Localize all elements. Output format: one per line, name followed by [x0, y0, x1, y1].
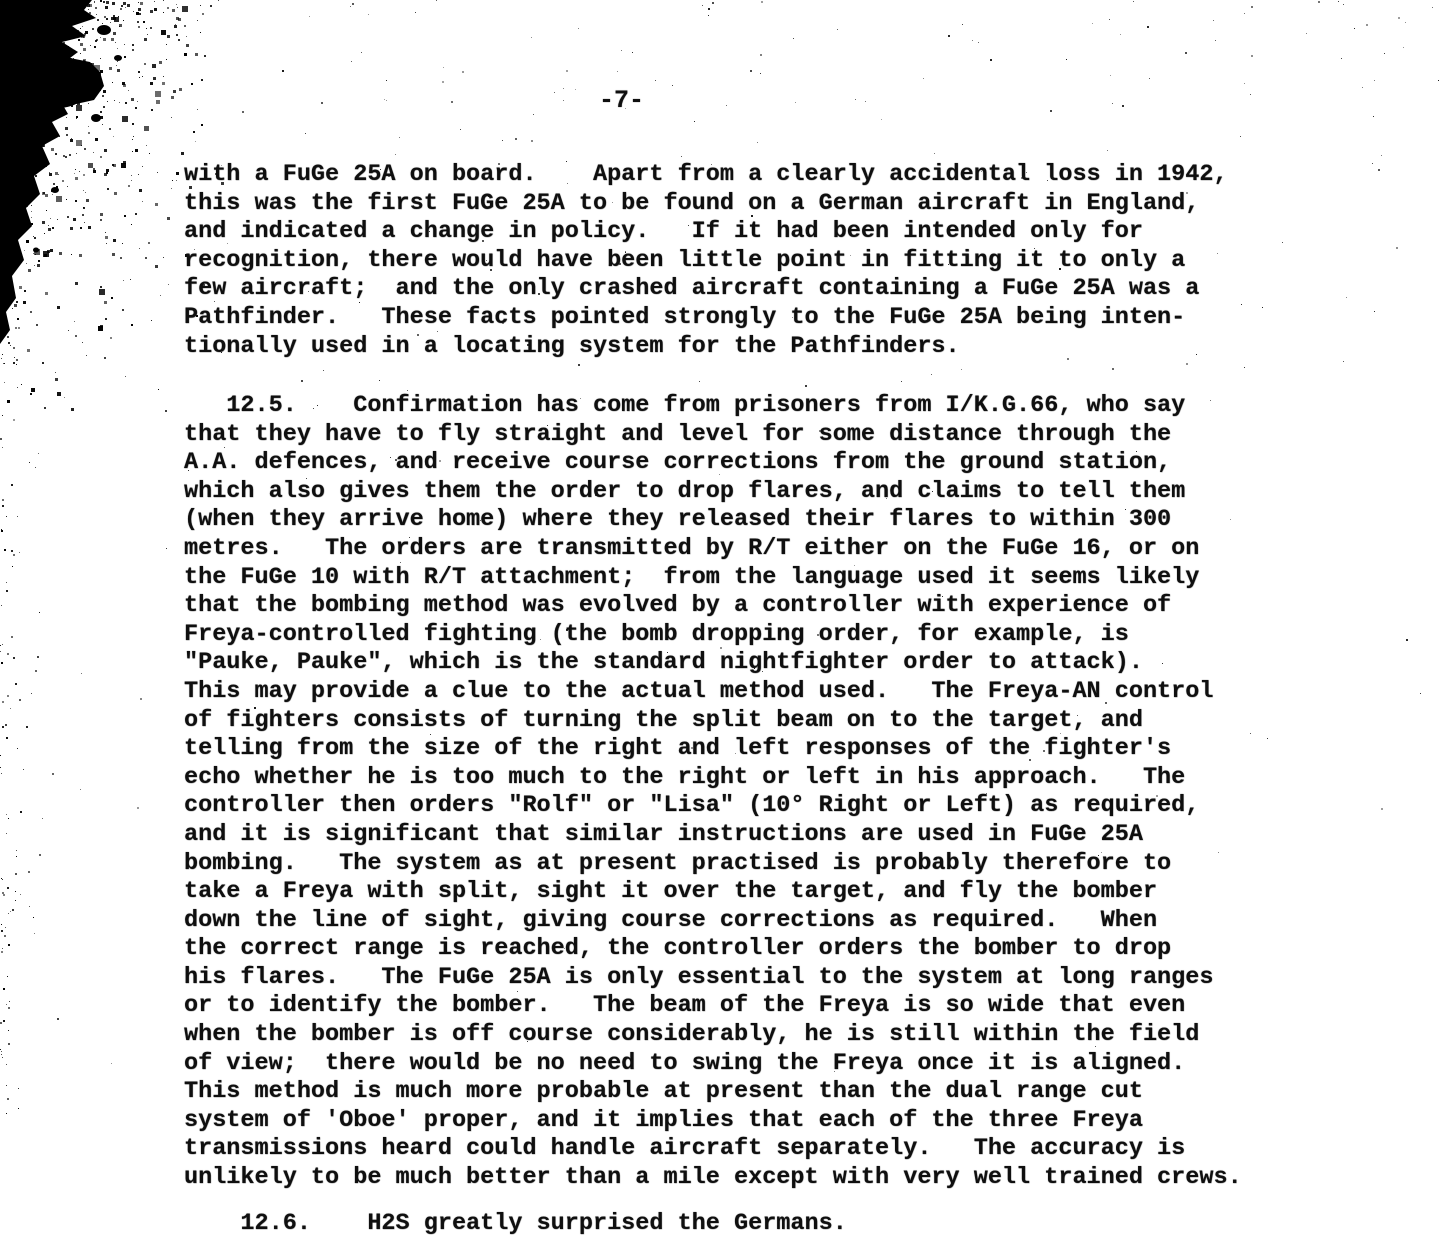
noise-dot	[58, 174, 59, 175]
noise-dot	[63, 104, 64, 105]
noise-dot	[5, 927, 6, 928]
noise-dot	[1, 878, 2, 879]
noise-dot	[83, 86, 84, 87]
noise-dot	[6, 44, 12, 50]
noise-dot	[123, 20, 124, 21]
noise-dot	[7, 976, 8, 977]
noise-dot	[150, 10, 153, 13]
noise-dot	[37, 137, 38, 138]
noise-dot	[533, 114, 534, 115]
noise-dot	[106, 169, 109, 172]
paragraph-section-12-5: 12.5. Confirmation has come from prisone…	[184, 392, 1242, 1193]
noise-dot	[85, 81, 88, 84]
noise-dot	[22, 173, 26, 177]
noise-dot	[2, 80, 4, 82]
noise-dot	[123, 280, 124, 281]
noise-dot	[1343, 4, 1344, 5]
noise-dot	[114, 17, 119, 22]
noise-dot	[2, 65, 7, 70]
noise-dot	[184, 53, 187, 56]
noise-dot	[31, 69, 32, 70]
noise-dot	[120, 8, 122, 10]
noise-dot	[144, 126, 149, 131]
noise-dot	[45, 5, 48, 8]
noise-dot	[40, 120, 42, 122]
noise-dot	[122, 116, 128, 122]
noise-dot	[43, 192, 45, 194]
noise-dot	[56, 186, 58, 188]
noise-dot	[94, 95, 96, 97]
noise-dot	[27, 349, 30, 352]
noise-dot	[140, 2, 143, 5]
noise-dot	[10, 22, 15, 27]
noise-dot	[5, 14, 9, 18]
noise-dot	[84, 148, 86, 150]
noise-dot	[7, 200, 8, 201]
noise-dot	[29, 19, 34, 24]
noise-dot	[22, 120, 25, 123]
noise-dot	[575, 89, 576, 90]
noise-dot	[1, 924, 2, 925]
noise-dot	[63, 42, 65, 44]
noise-dot	[0, 438, 2, 440]
noise-dot	[34, 1, 40, 7]
noise-dot	[19, 3, 22, 6]
noise-dot	[3, 7, 5, 9]
noise-dot	[1374, 80, 1375, 81]
noise-dot	[10, 708, 11, 709]
noise-dot	[50, 48, 53, 51]
noise-dot	[0, 767, 1, 768]
noise-dot	[106, 243, 107, 244]
noise-dot	[13, 246, 15, 248]
noise-dot	[7, 107, 10, 110]
noise-dot	[14, 19, 17, 22]
noise-dot	[948, 35, 950, 37]
noise-dot	[23, 19, 25, 21]
noise-dot	[24, 250, 25, 251]
noise-dot	[436, 0, 437, 1]
noise-dot	[69, 96, 70, 97]
noise-dot	[18, 1088, 19, 1089]
noise-dot	[48, 62, 49, 63]
noise-dot	[91, 63, 94, 66]
noise-dot	[25, 150, 28, 153]
noise-dot	[15, 77, 21, 83]
noise-dot	[11, 138, 13, 140]
noise-dot	[17, 318, 19, 320]
noise-dot	[24, 49, 25, 50]
noise-dot	[1374, 311, 1375, 312]
noise-dot	[124, 167, 125, 168]
noise-dot	[2, 248, 4, 250]
noise-dot	[17, 26, 19, 28]
noise-dot	[186, 36, 187, 37]
noise-dot	[24, 290, 26, 292]
noise-dot	[361, 52, 362, 53]
noise-dot	[55, 372, 56, 373]
noise-dot	[6, 1113, 7, 1114]
noise-dot	[163, 0, 164, 1]
noise-dot	[531, 37, 532, 38]
noise-dot	[60, 21, 62, 23]
noise-dot	[837, 29, 838, 30]
noise-dot	[1112, 103, 1113, 104]
noise-dot	[5, 4, 8, 7]
noise-dot	[70, 139, 73, 142]
noise-dot	[3, 363, 4, 364]
noise-dot	[95, 40, 97, 42]
noise-dot	[82, 342, 83, 343]
noise-dot	[55, 153, 57, 155]
noise-dot	[56, 9, 58, 11]
noise-dot	[182, 6, 188, 12]
noise-dot	[124, 44, 125, 45]
noise-dot	[50, 26, 52, 28]
noise-dot	[70, 66, 73, 69]
noise-dot	[12, 7, 15, 10]
noise-dot	[150, 27, 152, 29]
noise-dot	[161, 30, 166, 35]
noise-dot	[103, 38, 106, 41]
noise-dot	[103, 90, 106, 93]
noise-dot	[87, 4, 90, 7]
noise-dot	[2, 879, 3, 880]
noise-dot	[36, 99, 39, 102]
noise-dot	[18, 49, 21, 52]
noise-dot	[46, 125, 47, 126]
noise-dot	[71, 254, 72, 255]
noise-dot	[82, 214, 84, 216]
noise-dot	[8, 818, 9, 819]
noise-dot	[105, 6, 108, 9]
noise-dot	[104, 357, 106, 359]
noise-dot	[132, 44, 134, 46]
noise-dot	[34, 933, 35, 934]
noise-dot	[123, 2, 126, 5]
noise-dot	[100, 286, 102, 288]
noise-dot	[150, 82, 153, 85]
noise-dot	[65, 156, 67, 158]
noise-dot	[1133, 1, 1134, 2]
noise-dot	[43, 28, 45, 30]
noise-dot	[1240, 136, 1241, 137]
noise-dot	[36, 46, 39, 49]
noise-dot	[22, 163, 23, 164]
noise-dot	[162, 82, 165, 85]
noise-dot	[100, 37, 101, 38]
noise-dot	[2, 100, 5, 103]
noise-dot	[1420, 693, 1421, 694]
noise-dot	[32, 51, 33, 52]
noise-dot	[386, 100, 387, 101]
noise-dot	[139, 13, 141, 15]
noise-dot	[144, 38, 147, 41]
noise-dot	[19, 63, 22, 66]
noise-dot	[9, 51, 12, 54]
noise-dot	[21, 91, 24, 94]
noise-dot	[45, 1, 46, 2]
noise-dot	[165, 410, 167, 412]
noise-dot	[708, 15, 709, 16]
noise-dot	[30, 393, 32, 395]
noise-dot	[3, 109, 9, 115]
noise-dot	[83, 174, 85, 176]
noise-dot	[1282, 242, 1283, 243]
noise-dot	[62, 74, 63, 75]
noise-dot	[37, 264, 40, 267]
noise-dot	[24, 105, 25, 106]
noise-dot	[0, 70, 1, 71]
noise-dot	[531, 140, 533, 142]
noise-dot	[41, 119, 44, 122]
noise-dot	[7, 21, 9, 23]
noise-dot	[5, 724, 7, 726]
noise-dot	[8, 65, 10, 67]
noise-dot	[46, 210, 47, 211]
noise-dot	[87, 93, 88, 94]
noise-dot	[124, 215, 126, 217]
noise-dot	[24, 115, 26, 117]
noise-dot	[0, 199, 1, 200]
noise-dot	[58, 18, 61, 21]
noise-dot	[69, 75, 72, 78]
noise-dot	[14, 304, 17, 307]
noise-dot	[44, 94, 46, 96]
noise-dot	[201, 79, 203, 81]
noise-dot	[22, 105, 23, 106]
noise-dot	[12, 196, 13, 197]
noise-dot	[29, 462, 30, 463]
noise-dot	[80, 227, 82, 229]
noise-dot	[305, 133, 306, 134]
noise-dot	[137, 101, 138, 102]
noise-dot	[10, 140, 11, 141]
noise-dot	[1109, 19, 1110, 20]
noise-dot	[132, 151, 133, 152]
noise-dot	[2, 130, 3, 131]
noise-dot	[100, 156, 102, 158]
noise-dot	[1366, 24, 1368, 26]
noise-dot	[117, 69, 120, 72]
noise-dot	[138, 26, 140, 28]
noise-dot	[22, 20, 25, 23]
noise-dot	[166, 44, 167, 45]
noise-dot	[142, 201, 143, 202]
noise-dot	[68, 53, 71, 56]
noise-dot	[17, 1, 18, 2]
noise-dot	[8, 186, 9, 187]
noise-dot	[11, 484, 13, 486]
noise-dot	[119, 102, 120, 103]
noise-dot	[103, 1, 105, 3]
noise-dot	[163, 12, 164, 13]
noise-dot	[12, 35, 14, 37]
noise-dot	[31, 217, 32, 218]
noise-dot	[14, 258, 16, 260]
noise-dot	[502, 140, 503, 141]
noise-dot	[197, 109, 198, 110]
noise-dot	[3, 21, 6, 24]
noise-dot	[27, 206, 28, 207]
noise-dot	[17, 55, 20, 58]
noise-dot	[7, 30, 10, 33]
noise-dot	[70, 13, 72, 15]
noise-dot	[107, 101, 108, 102]
noise-dot	[1, 74, 2, 75]
noise-dot	[151, 320, 152, 321]
noise-dot	[67, 216, 69, 218]
noise-dot	[42, 25, 43, 26]
noise-dot	[29, 53, 32, 56]
noise-dot	[2, 42, 4, 44]
noise-dot	[655, 80, 656, 81]
noise-dot	[95, 76, 98, 79]
noise-dot	[15, 327, 17, 329]
noise-dot	[177, 7, 178, 8]
noise-dot	[139, 189, 142, 192]
noise-dot	[50, 249, 53, 252]
noise-dot	[8, 1043, 10, 1045]
noise-dot	[117, 48, 118, 49]
noise-dot	[901, 381, 902, 382]
noise-dot	[37, 36, 39, 38]
noise-dot	[57, 100, 59, 102]
noise-dot	[1241, 304, 1242, 305]
noise-dot	[88, 9, 89, 10]
noise-dot	[22, 227, 23, 228]
noise-dot	[2, 0, 3, 1]
noise-dot	[321, 102, 323, 104]
noise-dot	[57, 219, 58, 220]
noise-dot	[563, 88, 564, 89]
noise-dot	[1372, 163, 1373, 164]
noise-dot	[2, 447, 3, 448]
noise-dot	[136, 12, 139, 15]
noise-dot	[1346, 297, 1347, 298]
noise-dot	[386, 80, 387, 81]
noise-dot	[148, 242, 150, 244]
noise-dot	[31, 144, 34, 147]
noise-dot	[146, 145, 147, 146]
noise-dot	[49, 78, 52, 81]
noise-dot	[21, 29, 24, 32]
noise-dot	[24, 80, 26, 82]
noise-dot	[38, 70, 42, 74]
noise-dot	[1405, 22, 1406, 23]
noise-dot	[107, 188, 109, 190]
noise-dot	[83, 36, 85, 38]
noise-dot	[78, 39, 80, 41]
noise-dot	[57, 21, 58, 22]
noise-dot	[7, 887, 9, 889]
noise-dot	[29, 88, 31, 90]
noise-dot	[978, 42, 979, 43]
noise-dot	[171, 188, 172, 189]
noise-dot	[23, 769, 24, 770]
noise-dot	[144, 63, 146, 65]
noise-dot	[135, 107, 137, 109]
noise-dot	[26, 726, 28, 728]
noise-dot	[2, 37, 5, 40]
noise-dot	[51, 33, 57, 39]
noise-dot	[3, 10, 4, 11]
noise-dot	[14, 258, 17, 261]
noise-dot	[1396, 247, 1398, 249]
noise-dot	[462, 71, 464, 73]
noise-dot	[82, 26, 83, 27]
noise-dot	[56, 196, 62, 202]
noise-dot	[24, 25, 25, 26]
noise-dot	[44, 254, 47, 257]
noise-dot	[81, 673, 82, 674]
noise-dot	[9, 33, 14, 38]
noise-dot	[105, 232, 106, 233]
noise-dot	[80, 53, 81, 54]
noise-dot	[13, 265, 14, 266]
noise-dot	[31, 205, 32, 206]
noise-dot	[26, 23, 27, 24]
noise-dot	[62, 51, 65, 54]
noise-dot	[200, 5, 201, 6]
noise-dot	[79, 72, 80, 73]
noise-dot	[80, 43, 83, 46]
noise-dot	[20, 111, 23, 114]
noise-dot	[57, 30, 58, 31]
noise-dot	[14, 108, 15, 109]
noise-dot	[961, 369, 962, 370]
noise-dot	[112, 164, 114, 166]
noise-dot	[82, 82, 85, 85]
noise-dot	[2, 0, 3, 1]
noise-dot	[35, 175, 37, 177]
noise-dot	[20, 16, 23, 19]
noise-dot	[4, 8, 7, 11]
noise-dot	[142, 166, 143, 167]
noise-dot	[43, 37, 44, 38]
noise-dot	[3, 988, 5, 990]
noise-dot	[76, 118, 77, 119]
noise-dot	[35, 86, 40, 91]
noise-dot	[100, 58, 101, 59]
noise-dot	[1403, 47, 1404, 48]
noise-dot	[4, 47, 6, 49]
noise-dot	[76, 116, 78, 118]
noise-dot	[1186, 363, 1188, 365]
noise-dot	[1, 161, 2, 162]
noise-dot	[113, 164, 116, 167]
noise-dot	[44, 233, 45, 234]
noise-dot	[13, 20, 14, 21]
noise-dot	[5, 36, 8, 39]
noise-dot	[112, 82, 113, 83]
noise-dot	[395, 154, 396, 155]
noise-dot	[34, 40, 36, 42]
noise-dot	[2, 48, 3, 49]
noise-dot	[138, 174, 139, 175]
noise-dot	[2, 726, 4, 728]
noise-dot	[11, 550, 13, 552]
noise-dot	[19, 65, 20, 66]
noise-dot	[1338, 1, 1339, 2]
noise-dot	[8, 913, 9, 914]
noise-dot	[138, 8, 141, 11]
noise-dot	[13, 4, 16, 7]
noise-dot	[90, 45, 91, 46]
noise-dot	[3, 125, 4, 126]
noise-dot	[104, 301, 107, 304]
noise-dot	[73, 58, 74, 59]
